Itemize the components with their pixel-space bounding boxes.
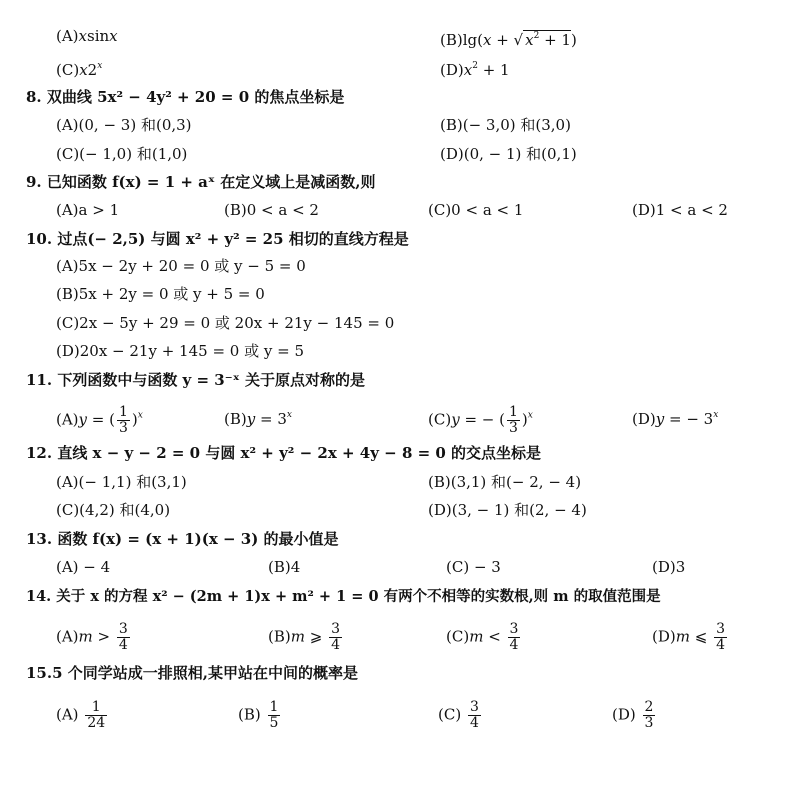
q10-option-c: (C)2x − 5y + 29 = 0 或 20x + 21y − 145 = … xyxy=(56,313,394,333)
q7-option-d: (D)x2 + 1 xyxy=(440,56,510,80)
q14-option-d: (D)m ⩽ 34 xyxy=(652,622,729,653)
q10-option-b: (B)5x + 2y = 0 或 y + 5 = 0 xyxy=(56,284,265,304)
q15-option-a: (A) 124 xyxy=(56,700,109,731)
q7-option-c: (C)x2x xyxy=(56,56,102,80)
q11-option-a: (A)y = (13)x xyxy=(56,405,143,436)
q13-stem: 13. 函数 f(x) = (x + 1)(x − 3) 的最小值是 xyxy=(26,529,339,549)
q8-option-a: (A)(0, − 3) 和(0,3) xyxy=(56,115,192,135)
q7-option-b: (B)lg(x + √x2 + 1) xyxy=(440,26,577,50)
q12-stem: 12. 直线 x − y − 2 = 0 与圆 x² + y² − 2x + 4… xyxy=(26,443,541,463)
q14-option-a: (A)m > 34 xyxy=(56,622,132,653)
q15-option-d: (D) 23 xyxy=(612,700,657,731)
q15-stem: 15.5 个同学站成一排照相,某甲站在中间的概率是 xyxy=(26,663,358,683)
q12-option-c: (C)(4,2) 和(4,0) xyxy=(56,500,170,520)
q9-option-c: (C)0 < a < 1 xyxy=(428,200,523,220)
q12-option-d: (D)(3, − 1) 和(2, − 4) xyxy=(428,500,587,520)
q11-option-b: (B)y = 3x xyxy=(224,405,292,429)
q7-option-a: (A)xsinx xyxy=(56,26,118,46)
q14-option-c: (C)m < 34 xyxy=(446,622,522,653)
q11-option-c: (C)y = − (13)x xyxy=(428,405,533,436)
q9-stem: 9. 已知函数 f(x) = 1 + aˣ 在定义域上是减函数,则 xyxy=(26,172,375,192)
q9-option-b: (B)0 < a < 2 xyxy=(224,200,319,220)
q11-stem: 11. 下列函数中与函数 y = 3⁻ˣ 关于原点对称的是 xyxy=(26,370,365,390)
q8-option-b: (B)(− 3,0) 和(3,0) xyxy=(440,115,571,135)
q13-option-a: (A) − 4 xyxy=(56,557,110,577)
q10-option-d: (D)20x − 21y + 145 = 0 或 y = 5 xyxy=(56,341,304,361)
q9-option-d: (D)1 < a < 2 xyxy=(632,200,728,220)
q10-option-a: (A)5x − 2y + 20 = 0 或 y − 5 = 0 xyxy=(56,256,306,276)
q15-option-c: (C) 34 xyxy=(438,700,483,731)
q10-stem: 10. 过点(− 2,5) 与圆 x² + y² = 25 相切的直线方程是 xyxy=(26,229,409,249)
q13-option-d: (D)3 xyxy=(652,557,685,577)
q8-stem: 8. 双曲线 5x² − 4y² + 20 = 0 的焦点坐标是 xyxy=(26,87,344,107)
q8-option-d: (D)(0, − 1) 和(0,1) xyxy=(440,144,577,164)
q14-stem: 14. 关于 x 的方程 x² − (2m + 1)x + m² + 1 = 0… xyxy=(26,587,661,607)
q13-option-c: (C) − 3 xyxy=(446,557,501,577)
q12-option-a: (A)(− 1,1) 和(3,1) xyxy=(56,472,187,492)
q8-option-c: (C)(− 1,0) 和(1,0) xyxy=(56,144,187,164)
q11-option-d: (D)y = − 3x xyxy=(632,405,718,429)
q12-option-b: (B)(3,1) 和(− 2, − 4) xyxy=(428,472,581,492)
q13-option-b: (B)4 xyxy=(268,557,300,577)
q15-option-b: (B) 15 xyxy=(238,700,282,731)
q14-option-b: (B)m ⩾ 34 xyxy=(268,622,344,653)
q9-option-a: (A)a > 1 xyxy=(56,200,119,220)
